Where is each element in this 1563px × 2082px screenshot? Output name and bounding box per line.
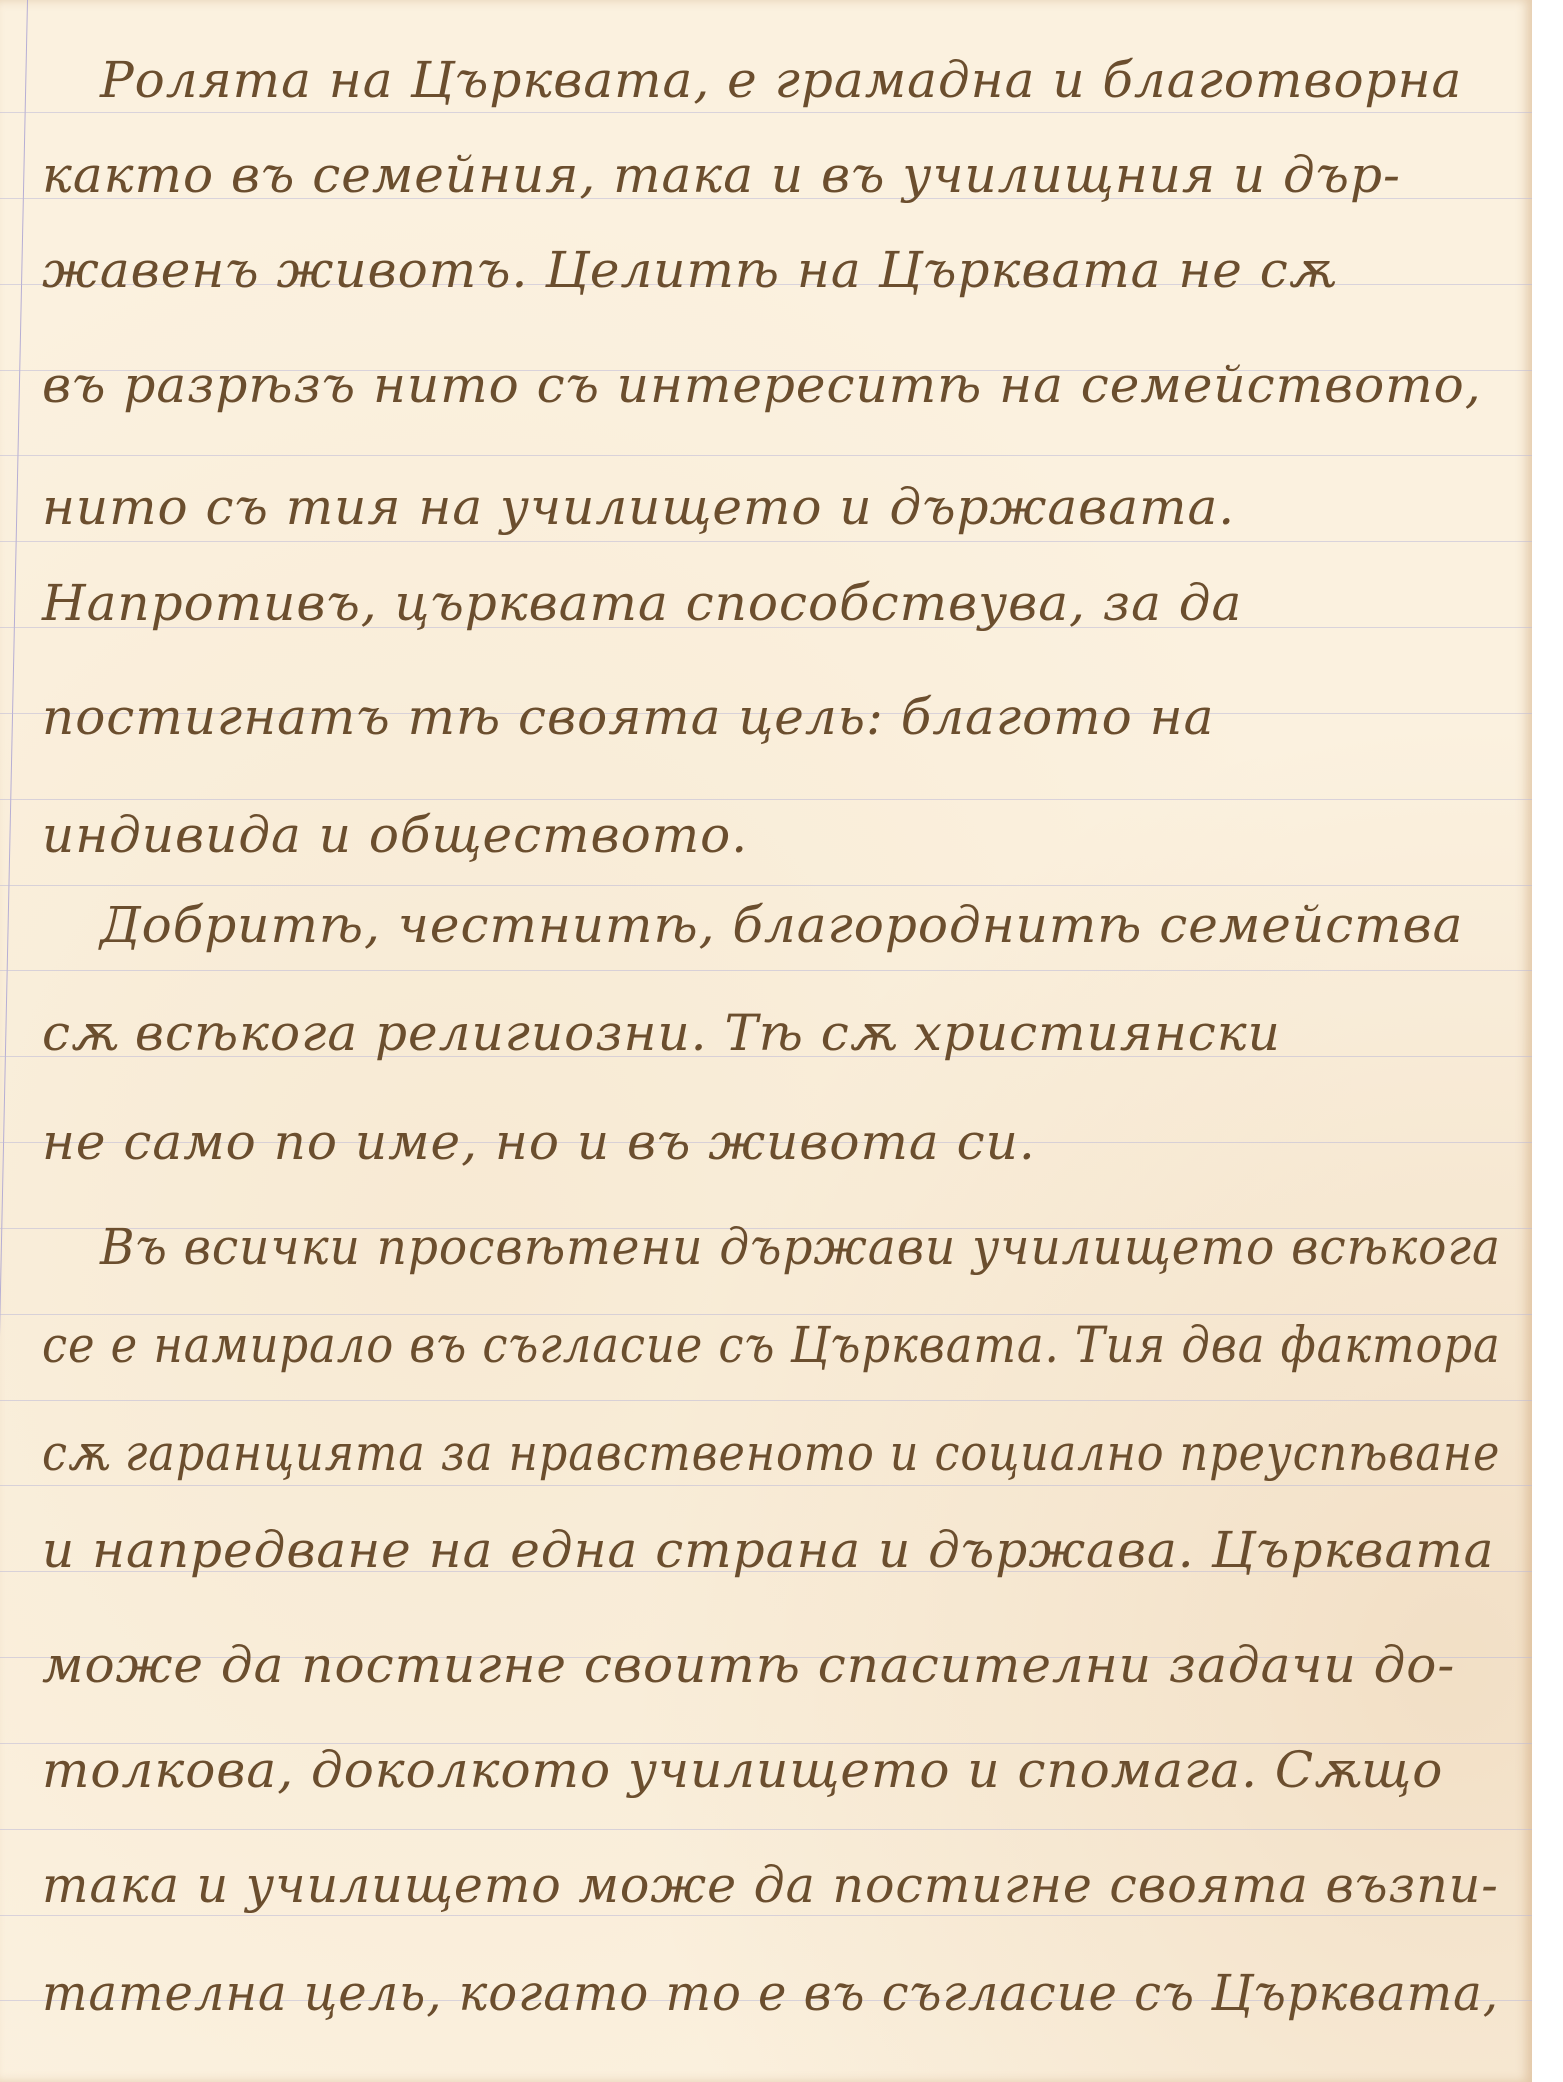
text-line: Напротивъ, църквата способствува, за да [42, 578, 1242, 628]
text-line: жавенъ животъ. Целитѣ на Църквата не сѫ [42, 245, 1336, 295]
ruled-line [0, 970, 1532, 971]
text-line: Ролята на Църквата, е грамадна и благотв… [100, 55, 1462, 105]
ruled-line [0, 1400, 1532, 1401]
margin-line [0, 0, 28, 2082]
ruled-line [0, 1314, 1532, 1315]
ruled-line [0, 885, 1532, 886]
ruled-line [0, 112, 1532, 113]
text-line: не само по име, но и въ живота си. [42, 1117, 1036, 1167]
text-line: въ разрѣзъ нито съ интереситѣ на семейст… [42, 360, 1482, 410]
text-line: сѫ гаранцията за нравственото и социално… [42, 1428, 1500, 1478]
ruled-line [0, 1829, 1532, 1830]
text-line: индивида и обществото. [42, 810, 748, 860]
text-line: Въ всички просвѣтени държави училището в… [100, 1222, 1501, 1272]
ruled-line [0, 455, 1532, 456]
text-line: нито съ тия на училището и държавата. [42, 482, 1235, 532]
manuscript-page: Ролята на Църквата, е грамадна и благотв… [0, 0, 1532, 2082]
ruled-line [0, 799, 1532, 800]
ruled-line [0, 1915, 1532, 1916]
ruled-line [0, 1485, 1532, 1486]
text-line: толкова, доколкото училището и спомага. … [42, 1745, 1443, 1795]
text-line: може да постигне своитѣ спасителни задач… [42, 1640, 1455, 1690]
text-line: постигнатъ тѣ своята цель: благото на [42, 692, 1214, 742]
text-line: тателна цель, когато то е въ съгласие съ… [42, 1968, 1499, 2018]
text-line: така и училището може да постигне своята… [42, 1860, 1499, 1910]
text-line: както въ семейния, така и въ училищния и… [42, 150, 1401, 200]
text-line: и напредване на една страна и държава. Ц… [42, 1525, 1494, 1575]
text-line: Добритѣ, честнитѣ, благороднитѣ семейств… [100, 900, 1463, 950]
text-line: сѫ всѣкога религиозни. Тѣ сѫ християнски [42, 1008, 1281, 1058]
ruled-line [0, 541, 1532, 542]
text-line: се е намирало въ съгласие съ Църквата. Т… [42, 1320, 1501, 1370]
